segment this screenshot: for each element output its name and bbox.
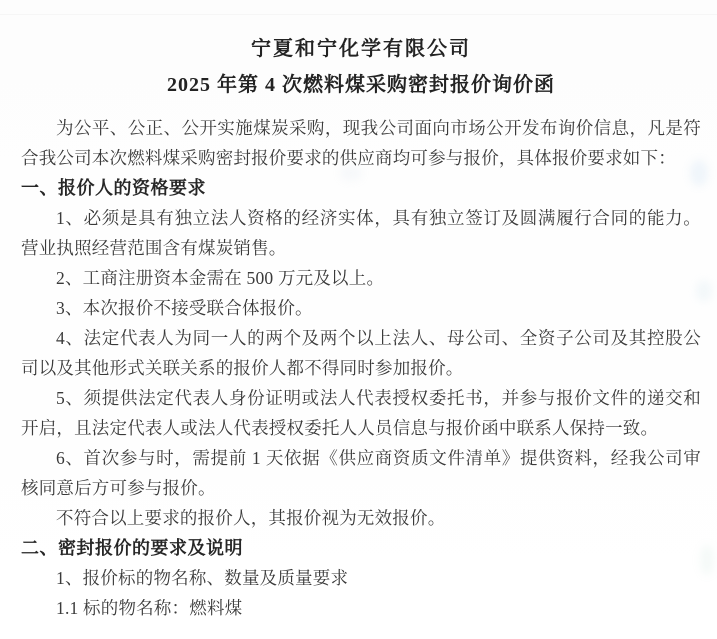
requirement-item-2: 2、工商注册资本金需在 500 万元及以上。: [21, 263, 701, 293]
subject-overview-item: 1、报价标的物名称、数量及质量要求: [21, 563, 701, 593]
requirement-item-4: 4、法定代表人为同一人的两个及两个以上法人、母公司、全资子公司及其控股公司以及其…: [21, 323, 701, 383]
section-1-heading: 一、报价人的资格要求: [21, 173, 701, 203]
requirement-item-1: 1、必须是具有独立法人资格的经济实体，具有独立签订及圆满履行合同的能力。营业执照…: [21, 203, 701, 263]
scan-smudge: [700, 545, 714, 575]
invalid-offer-note: 不符合以上要求的报价人，其报价视为无效报价。: [21, 503, 701, 533]
section-2-heading: 二、密封报价的要求及说明: [21, 533, 701, 563]
requirement-item-5: 5、须提供法定代表人身份证明或法人代表授权委托书，并参与报价文件的递交和开启，且…: [21, 383, 701, 443]
scan-streak: [0, 14, 717, 15]
subject-name-item: 1.1 标的物名称：燃料煤: [21, 593, 701, 623]
doc-title: 宁夏和宁化学有限公司: [21, 34, 701, 64]
requirement-item-3: 3、本次报价不接受联合体报价。: [21, 293, 701, 323]
requirement-item-6: 6、首次参与时，需提前 1 天依据《供应商资质文件清单》提供资料，经我公司审核同…: [21, 443, 701, 503]
scanned-document-page: 宁夏和宁化学有限公司 2025 年第 4 次燃料煤采购密封报价询价函 为公平、公…: [0, 0, 717, 639]
doc-subtitle: 2025 年第 4 次燃料煤采购密封报价询价函: [21, 70, 701, 100]
intro-paragraph: 为公平、公正、公开实施煤炭采购，现我公司面向市场公开发布询价信息，凡是符合我公司…: [21, 113, 701, 173]
